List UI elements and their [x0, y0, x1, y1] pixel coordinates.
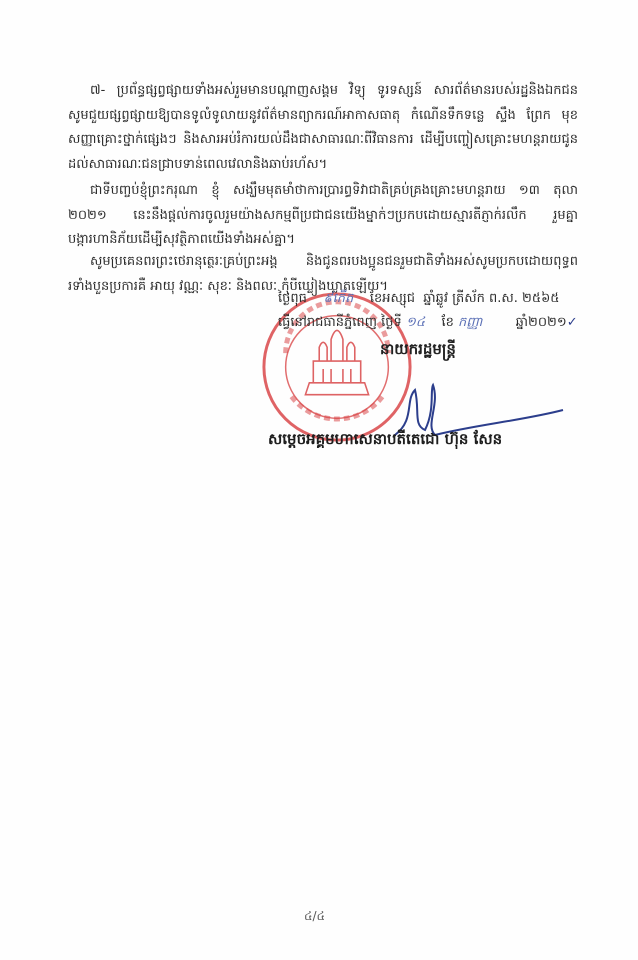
- paragraph-item-7: ៧- ប្រព័ន្ធផ្សព្វផ្សាយទាំងអស់រួមមានបណ្តា…: [68, 79, 578, 177]
- lunar-year: ឆ្នាំឆ្លូវ ត្រីស័ក ព.ស. ២៥៦៥: [423, 291, 559, 306]
- month-label: ខែ: [442, 315, 454, 330]
- day-handwritten: ១៤: [406, 315, 425, 330]
- lunar-prefix: ថ្ងៃ: [278, 291, 290, 306]
- place-date-line: ធ្វើនៅរាជធានីភ្នំពេញ ថ្ងៃទី ១៤ ខែ កញ្ញា …: [278, 314, 578, 333]
- page-number: ៤/៤: [304, 908, 325, 926]
- month-handwritten: កញ្ញា: [458, 315, 483, 330]
- lunar-month-label: ខែ: [370, 291, 382, 306]
- paragraph-closing: ជាទីបញ្ចប់ខ្ញុំព្រះករុណា ខ្ញុំ សង្ឃឹមមុត…: [68, 179, 578, 253]
- year: ឆ្នាំ២០២១: [516, 315, 567, 330]
- lunar-date-line: ថ្ងៃពុធ ៩កើត ខែអស្សុជ ឆ្នាំឆ្លូវ ត្រីស័ក…: [278, 290, 560, 309]
- document-page: ៧- ប្រព័ន្ធផ្សព្វផ្សាយទាំងអស់រួមមានបណ្តា…: [0, 0, 638, 960]
- lunar-weekday: ពុធ: [290, 291, 307, 306]
- signer-name: សម្តេចអគ្គមហាសេនាបតីតេជោ ហ៊ុន សែន: [268, 430, 502, 452]
- lunar-day-handwritten: ៩កើត: [323, 291, 353, 306]
- lunar-month: អស្សុជ: [382, 291, 415, 306]
- role-title: នាយករដ្ឋមន្ត្រី: [380, 340, 456, 362]
- paragraph-text: ៧- ប្រព័ន្ធផ្សព្វផ្សាយទាំងអស់រួមមានបណ្តា…: [68, 83, 578, 172]
- paragraph-text: ជាទីបញ្ចប់ខ្ញុំព្រះករុណា ខ្ញុំ សង្ឃឹមមុត…: [68, 183, 578, 247]
- check-mark-icon: ✓: [567, 315, 578, 330]
- place-prefix: ធ្វើនៅរាជធានីភ្នំពេញ ថ្ងៃទី: [278, 315, 402, 330]
